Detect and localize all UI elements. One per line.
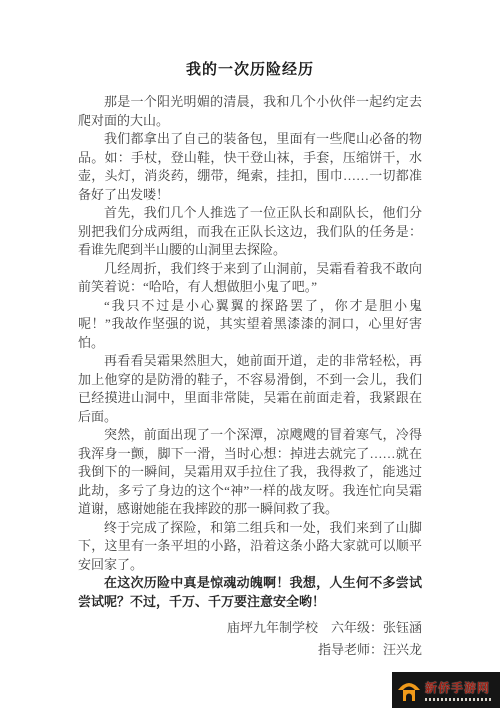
essay-paragraph: 那是一个阳光明媚的清晨，我和几个小伙伴一起约定去爬对面的大山。: [78, 93, 422, 130]
essay-paragraph: “我只不过是小心翼翼的探路罢了，你才是胆小鬼呢！”我故作坚强的说，其实望着黑漆漆…: [78, 297, 422, 353]
site-tagline-bar: [425, 698, 493, 701]
essay-title: 我的一次历险经历: [0, 58, 500, 79]
site-watermark: 新侨手游网: [392, 672, 500, 708]
essay-body: 那是一个阳光明媚的清晨，我和几个小伙伴一起约定去爬对面的大山。 我们都拿出了自己…: [78, 93, 422, 611]
house-icon: [397, 679, 421, 701]
essay-page: 我的一次历险经历 那是一个阳光明媚的清晨，我和几个小伙伴一起约定去爬对面的大山。…: [0, 0, 500, 708]
site-name: 新侨手游网: [425, 679, 495, 696]
essay-paragraph: 再看看吴霜果然胆大，她前面开道，走的非常轻松，再加上他穿的是防滑的鞋子，不容易滑…: [78, 352, 422, 426]
signature-school-line: 庙坪九年制学校 六年级：张钰涵: [78, 617, 422, 639]
essay-paragraph: 我们都拿出了自己的装备包，里面有一些爬山必备的物品。如：手杖，登山鞋，快干登山袜…: [78, 130, 422, 204]
essay-paragraph: 几经周折，我们终于来到了山洞前，吴霜看着我不敢向前笑着说：“哈哈，有人想做胆小鬼…: [78, 260, 422, 297]
signature-block: 庙坪九年制学校 六年级：张钰涵 指导老师：汪兴龙: [78, 617, 422, 661]
essay-paragraph: 首先，我们几个人推选了一位正队长和副队长，他们分别把我们分成两组，而我在正队长这…: [78, 204, 422, 260]
essay-paragraph: 在这次历险中真是惊魂动魄啊！我想，人生何不多尝试尝试呢？不过，千万、千万要注意安…: [78, 574, 422, 611]
site-logo-text-wrap: 新侨手游网: [425, 679, 495, 701]
signature-teacher-line: 指导老师：汪兴龙: [78, 639, 422, 661]
essay-paragraph: 突然，前面出现了一个深潭，凉飕飕的冒着寒气，冷得我浑身一颤，脚下一滑，当时心想：…: [78, 426, 422, 519]
essay-paragraph: 终于完成了探险，和第二组兵和一处，我们来到了山脚下，这里有一条平坦的小路，沿着这…: [78, 519, 422, 575]
